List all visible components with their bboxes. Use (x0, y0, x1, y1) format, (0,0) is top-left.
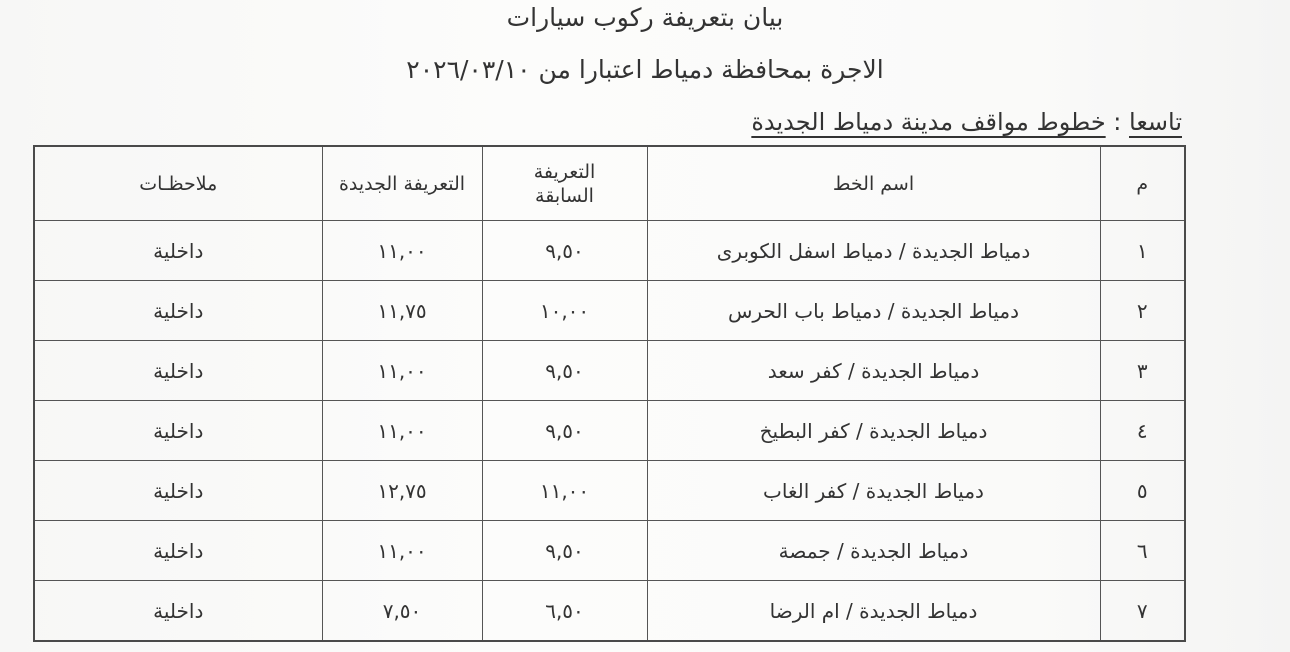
row-index: ٧ (1100, 581, 1185, 642)
table-row: ٥ دمياط الجديدة / كفر الغاب ١١,٠٠ ١٢,٧٥ … (34, 461, 1185, 521)
row-previous-fare: ٩,٥٠ (482, 341, 647, 401)
table-row: ٧ دمياط الجديدة / ام الرضا ٦,٥٠ ٧,٥٠ داخ… (34, 581, 1185, 642)
table-row: ٦ دمياط الجديدة / جمصة ٩,٥٠ ١١,٠٠ داخلية (34, 521, 1185, 581)
row-notes: داخلية (34, 461, 322, 521)
row-notes: داخلية (34, 221, 322, 281)
table-row: ٢ دمياط الجديدة / دمياط باب الحرس ١٠,٠٠ … (34, 281, 1185, 341)
row-previous-fare: ٩,٥٠ (482, 521, 647, 581)
row-line-name: دمياط الجديدة / دمياط باب الحرس (647, 281, 1100, 341)
table-row: ١ دمياط الجديدة / دمياط اسفل الكوبرى ٩,٥… (34, 221, 1185, 281)
section-separator: : (1106, 108, 1129, 136)
row-line-name: دمياط الجديدة / كفر سعد (647, 341, 1100, 401)
table-header-row: م اسم الخط التعريفة السابقة التعريفة الج… (34, 146, 1185, 221)
row-previous-fare: ٦,٥٠ (482, 581, 647, 642)
row-notes: داخلية (34, 401, 322, 461)
row-new-fare: ١١,٠٠ (322, 521, 482, 581)
row-index: ٣ (1100, 341, 1185, 401)
row-new-fare: ١٢,٧٥ (322, 461, 482, 521)
row-line-name: دمياط الجديدة / دمياط اسفل الكوبرى (647, 221, 1100, 281)
row-line-name: دمياط الجديدة / كفر البطيخ (647, 401, 1100, 461)
row-previous-fare: ١١,٠٠ (482, 461, 647, 521)
row-index: ٦ (1100, 521, 1185, 581)
document-title: بيان بتعريفة ركوب سيارات (0, 3, 1290, 32)
section-label: خطوط مواقف مدينة دمياط الجديدة (751, 108, 1105, 136)
row-new-fare: ١١,٠٠ (322, 221, 482, 281)
header-previous-fare: التعريفة السابقة (482, 146, 647, 221)
row-new-fare: ١١,٠٠ (322, 401, 482, 461)
row-notes: داخلية (34, 521, 322, 581)
row-index: ٥ (1100, 461, 1185, 521)
fare-table: م اسم الخط التعريفة السابقة التعريفة الج… (33, 145, 1186, 642)
row-line-name: دمياط الجديدة / كفر الغاب (647, 461, 1100, 521)
document-page: بيان بتعريفة ركوب سيارات الاجرة بمحافظة … (0, 0, 1290, 652)
section-ordinal: تاسعا (1129, 108, 1182, 136)
row-previous-fare: ٩,٥٠ (482, 221, 647, 281)
row-notes: داخلية (34, 281, 322, 341)
row-new-fare: ١١,٠٠ (322, 341, 482, 401)
table-row: ٤ دمياط الجديدة / كفر البطيخ ٩,٥٠ ١١,٠٠ … (34, 401, 1185, 461)
row-new-fare: ١١,٧٥ (322, 281, 482, 341)
document-subtitle: الاجرة بمحافظة دمياط اعتبارا من ٢٠٢٦/٠٣/… (0, 55, 1290, 84)
header-notes: ملاحظـات (34, 146, 322, 221)
header-index: م (1100, 146, 1185, 221)
section-heading: تاسعا : خطوط مواقف مدينة دمياط الجديدة (751, 108, 1182, 136)
header-line-name: اسم الخط (647, 146, 1100, 221)
row-index: ١ (1100, 221, 1185, 281)
row-line-name: دمياط الجديدة / ام الرضا (647, 581, 1100, 642)
row-previous-fare: ١٠,٠٠ (482, 281, 647, 341)
row-index: ٤ (1100, 401, 1185, 461)
row-notes: داخلية (34, 341, 322, 401)
row-index: ٢ (1100, 281, 1185, 341)
row-previous-fare: ٩,٥٠ (482, 401, 647, 461)
row-notes: داخلية (34, 581, 322, 642)
header-previous-fare-line2: السابقة (483, 184, 647, 208)
row-new-fare: ٧,٥٠ (322, 581, 482, 642)
header-previous-fare-line1: التعريفة (483, 160, 647, 184)
row-line-name: دمياط الجديدة / جمصة (647, 521, 1100, 581)
header-new-fare: التعريفة الجديدة (322, 146, 482, 221)
table-row: ٣ دمياط الجديدة / كفر سعد ٩,٥٠ ١١,٠٠ داخ… (34, 341, 1185, 401)
